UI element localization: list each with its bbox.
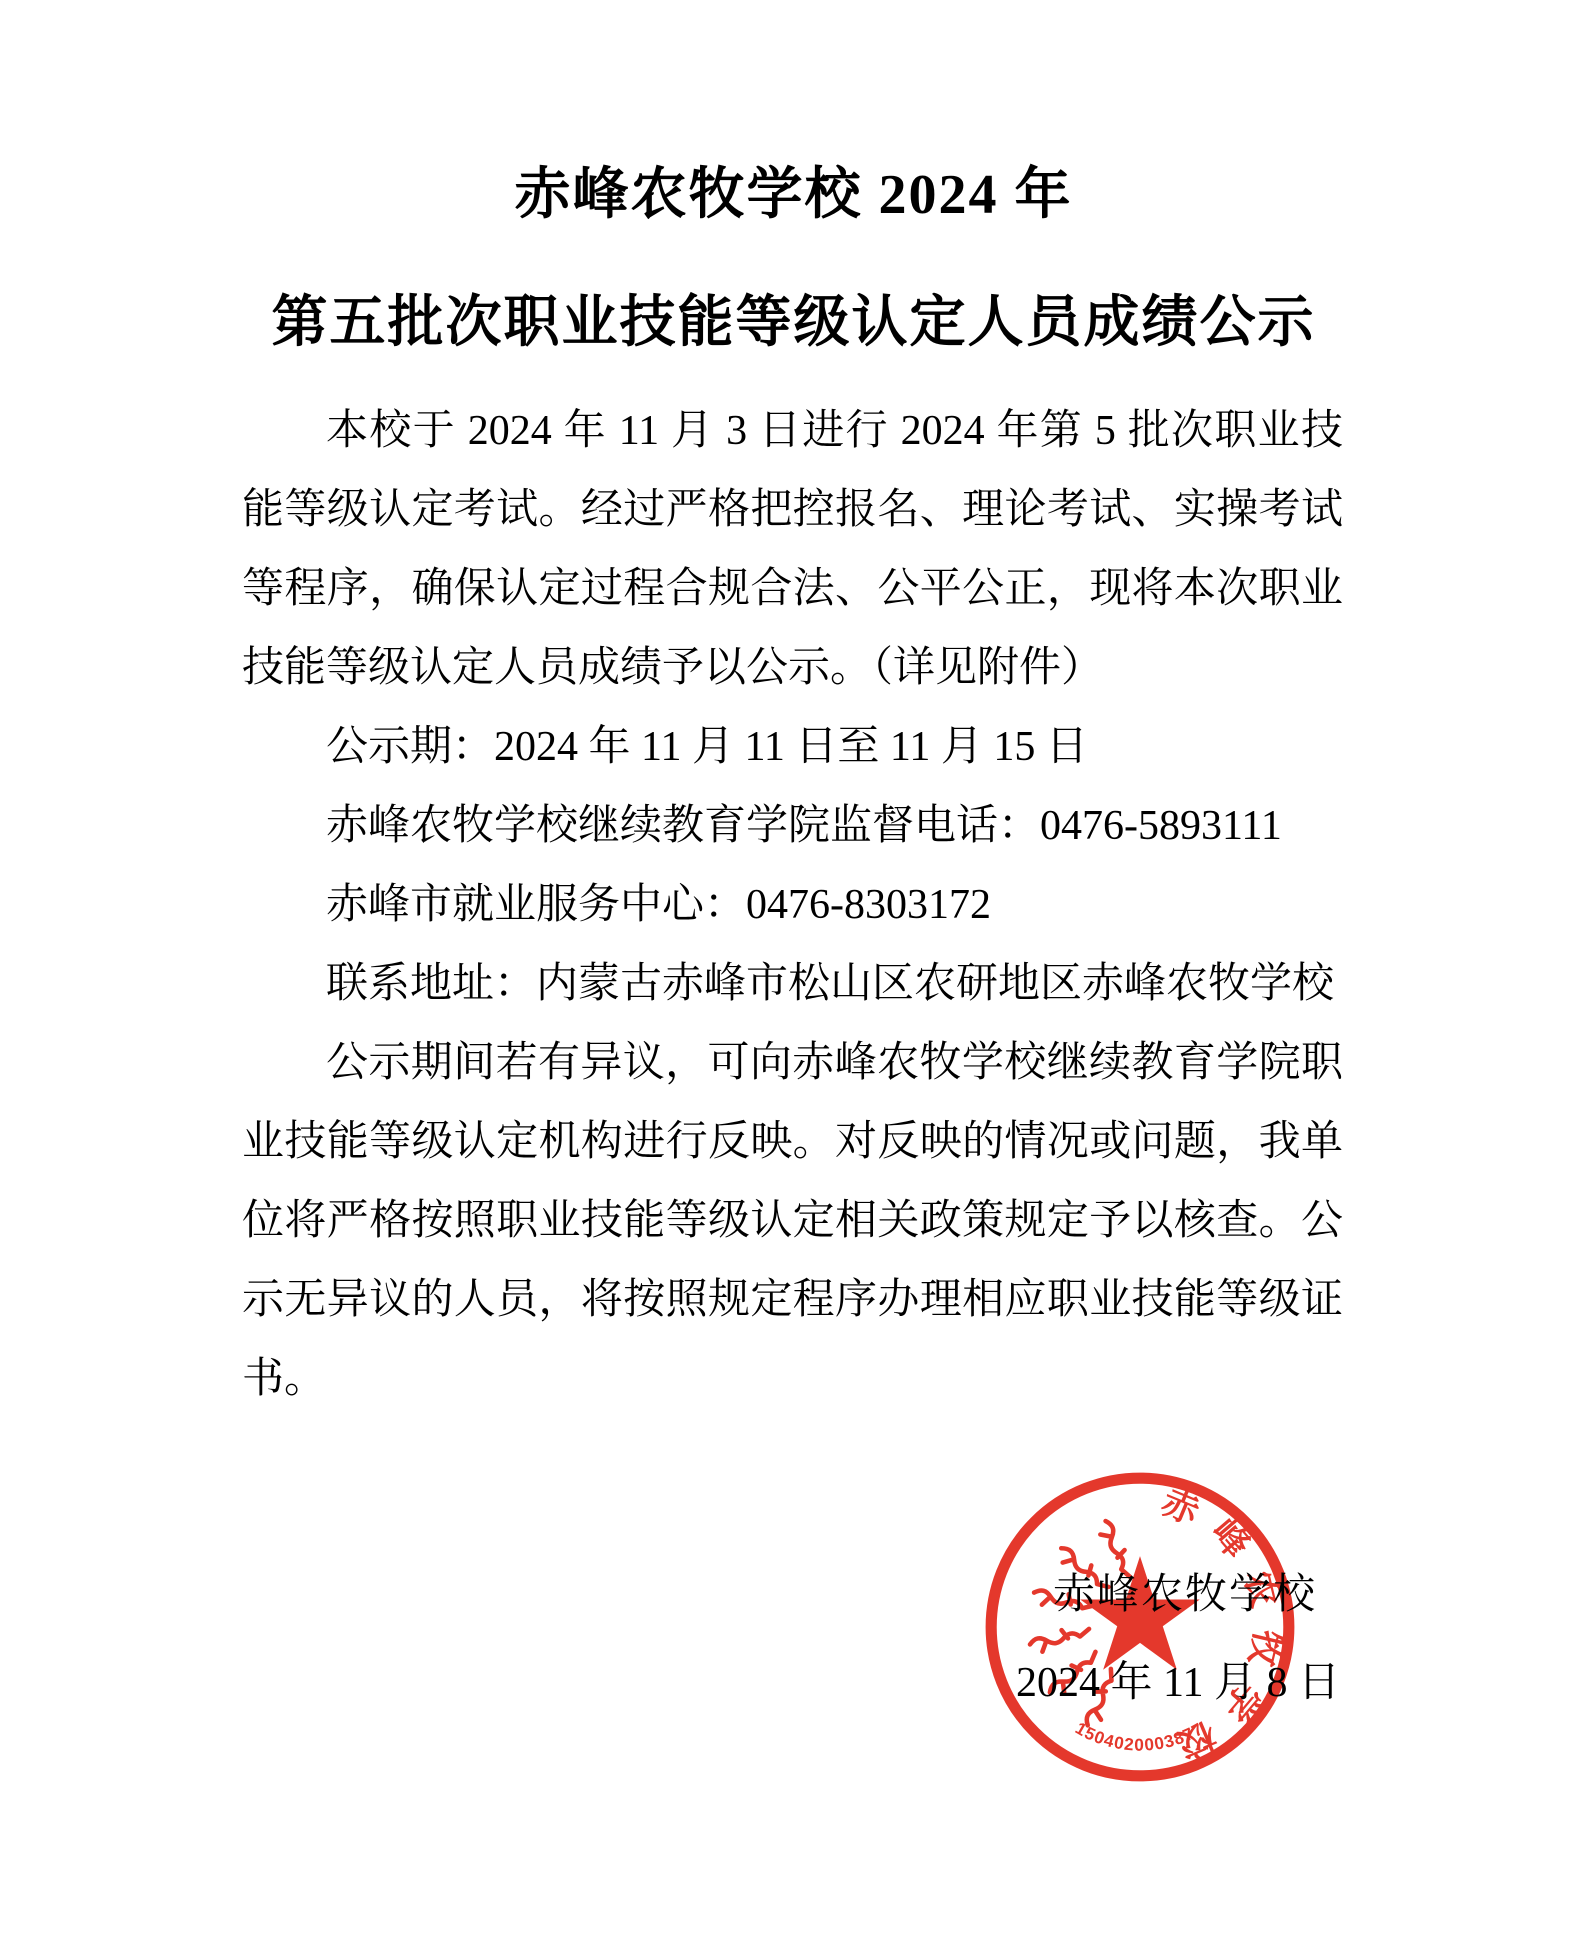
body-line: 本校于 2024 年 11 月 3 日进行 2024 年第 5 批次职业技 [242, 392, 1343, 471]
body-line: 示无异议的人员，将按照规定程序办理相应职业技能等级证 [242, 1261, 1343, 1340]
body-line: 赤峰市就业服务中心：0476-8303172 [242, 866, 1343, 945]
document-body: 本校于 2024 年 11 月 3 日进行 2024 年第 5 批次职业技 能等… [242, 392, 1343, 1419]
document-title-line2: 第五批次职业技能等级认定人员成绩公示 [0, 278, 1587, 358]
document-page: 赤峰农牧学校 2024 年 第五批次职业技能等级认定人员成绩公示 本校于 202… [0, 0, 1587, 1948]
document-title-line1: 赤峰农牧学校 2024 年 [0, 150, 1587, 230]
body-line: 能等级认定考试。经过严格把控报名、理论考试、实操考试 [242, 471, 1343, 550]
body-line: 书。 [242, 1340, 1343, 1419]
body-line: 等程序，确保认定过程合规合法、公平公正，现将本次职业 [242, 550, 1343, 629]
body-line: 技能等级认定人员成绩予以公示。（详见附件） [242, 629, 1343, 708]
body-line: 赤峰农牧学校继续教育学院监督电话：0476-5893111 [242, 787, 1343, 866]
body-line: 联系地址：内蒙古赤峰市松山区农研地区赤峰农牧学校 [242, 945, 1343, 1024]
body-line: 位将严格按照职业技能等级认定相关政策规定予以核查。公 [242, 1182, 1343, 1261]
body-line: 业技能等级认定机构进行反映。对反映的情况或问题，我单 [242, 1103, 1343, 1182]
body-line: 公示期间若有异议，可向赤峰农牧学校继续教育学院职 [242, 1024, 1343, 1103]
signature-date: 2024 年 11 月 8 日 [1016, 1649, 1340, 1709]
body-line: 公示期：2024 年 11 月 11 日至 11 月 15 日 [242, 708, 1343, 787]
official-seal: 赤峰农牧学校 1504020003877 [978, 1465, 1302, 1789]
signature-issuer: 赤峰农牧学校 [1053, 1561, 1317, 1621]
